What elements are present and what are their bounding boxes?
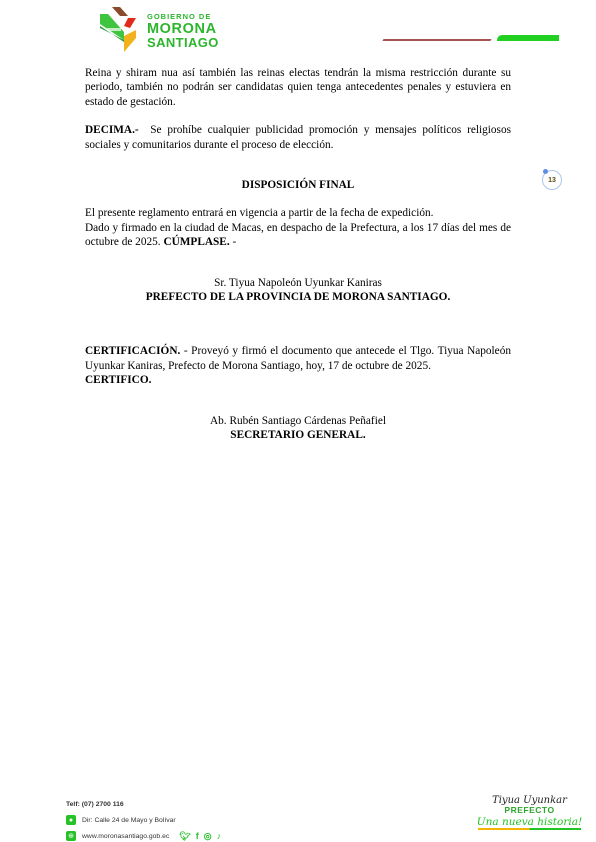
slogan-underline: [478, 828, 581, 830]
document-body: Reina y shiram nua así también las reina…: [85, 66, 511, 443]
twitter-icon[interactable]: 🐦︎: [179, 831, 190, 842]
firmado-tail: -: [230, 236, 237, 248]
instagram-icon[interactable]: ◎: [204, 831, 212, 842]
footer-address: Dir: Calle 24 de Mayo y Bolívar: [82, 817, 176, 824]
logo-line1: GOBIERNO DE: [147, 13, 219, 21]
logo-leaves-icon: [98, 6, 144, 54]
government-logo: GOBIERNO DE MORONA SANTIAGO: [98, 6, 238, 54]
footer-address-row: ● Dir: Calle 24 de Mayo y Bolívar: [66, 812, 221, 828]
signer2-name: Ab. Rubén Santiago Cárdenas Peñafiel: [85, 414, 511, 428]
location-pin-icon: ●: [66, 815, 76, 825]
header-accent-bar-green: [497, 35, 559, 41]
prefect-brand: Tiyua Uyunkar PREFECTO Una nueva histori…: [472, 795, 587, 830]
facebook-icon[interactable]: f: [196, 831, 199, 842]
cumplase-label: CÚMPLASE.: [163, 236, 229, 248]
logo-text: GOBIERNO DE MORONA SANTIAGO: [147, 13, 219, 49]
firmado-text: Dado y firmado en la ciudad de Macas, en…: [85, 222, 511, 248]
logo-line2: MORONA: [147, 22, 219, 37]
footer-phone: Telf: (07) 2700 116: [66, 801, 124, 808]
footer-website[interactable]: www.moronasantiago.gob.ec: [82, 833, 169, 840]
paragraph-certificacion: CERTIFICACIÓN. - Proveyó y firmó el docu…: [85, 344, 511, 373]
paragraph-restriccion: Reina y shiram nua así también las reina…: [85, 66, 511, 109]
paragraph-decima: DECIMA.- Se prohíbe cualquier publicidad…: [85, 123, 511, 152]
page-number: 13: [548, 177, 556, 184]
paragraph-vigencia: El presente reglamento entrará en vigenc…: [85, 206, 511, 220]
page-badge-dot-icon: [543, 169, 548, 174]
slogan: Una nueva historia!: [472, 816, 587, 828]
paragraph-firmado: Dado y firmado en la ciudad de Macas, en…: [85, 221, 511, 250]
header-accent-line-red: [382, 39, 491, 41]
certifico-label: CERTIFICO.: [85, 373, 511, 387]
decima-label: DECIMA.-: [85, 124, 139, 136]
footer-contact: Telf: (07) 2700 116 ● Dir: Calle 24 de M…: [66, 796, 221, 842]
logo-line3: SANTIAGO: [147, 36, 219, 49]
certificacion-label: CERTIFICACIÓN.: [85, 345, 180, 357]
footer-web-row: ⊕ www.moronasantiago.gob.ec 🐦︎ f ◎ ♪: [66, 828, 221, 842]
decima-text: Se prohíbe cualquier publicidad promoció…: [85, 124, 514, 150]
tiktok-icon[interactable]: ♪: [217, 831, 222, 842]
globe-icon: ⊕: [66, 831, 76, 841]
signer2-title: SECRETARIO GENERAL.: [85, 428, 511, 442]
section-title: DISPOSICIÓN FINAL: [85, 178, 511, 192]
prefect-role: PREFECTO: [472, 805, 587, 815]
signer1-title: PREFECTO DE LA PROVINCIA DE MORONA SANTI…: [85, 290, 511, 304]
footer-phone-row: Telf: (07) 2700 116: [66, 796, 221, 812]
social-icons: 🐦︎ f ◎ ♪: [179, 831, 221, 842]
signer1-name: Sr. Tiyua Napoleón Uyunkar Kaniras: [85, 276, 511, 290]
